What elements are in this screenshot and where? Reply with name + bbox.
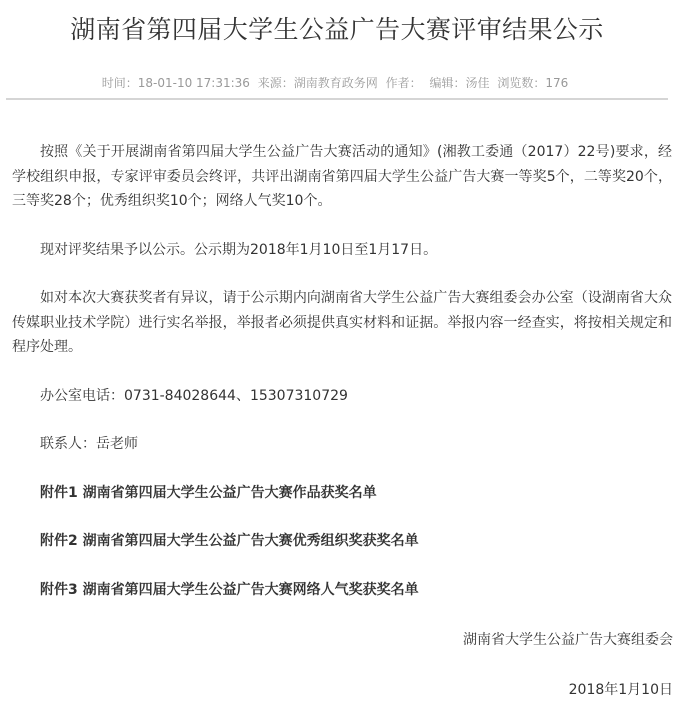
- article-body: 按照《关于开展湖南省第四届大学生公益广告大赛活动的通知》(湘教工委通（2017）…: [12, 140, 672, 626]
- paragraph-contact-person: 联系人：岳老师: [12, 432, 672, 457]
- meta-author: 作者：: [386, 76, 422, 90]
- meta-views: 浏览数：176: [497, 76, 568, 90]
- meta-source-label: 来源：: [258, 76, 294, 90]
- meta-views-value: 176: [545, 76, 568, 90]
- article-meta: 时间：18-01-10 17:31:36 来源：湖南教育政务网 作者： 编辑：汤…: [0, 75, 674, 91]
- attachment-2-title: 湖南省第四届大学生公益广告大赛优秀组织奖获奖名单: [83, 533, 419, 549]
- attachment-2-label: 附件2: [40, 533, 78, 549]
- attachment-2[interactable]: 附件2 湖南省第四届大学生公益广告大赛优秀组织奖获奖名单: [12, 529, 672, 554]
- meta-views-label: 浏览数：: [497, 76, 545, 90]
- paragraph-publicity-period: 现对评奖结果予以公示。公示期为2018年1月10日至1月17日。: [12, 238, 672, 263]
- article-title: 湖南省第四届大学生公益广告大赛评审结果公示: [0, 13, 674, 47]
- attachment-1[interactable]: 附件1 湖南省第四届大学生公益广告大赛作品获奖名单: [12, 481, 672, 506]
- meta-author-label: 作者：: [386, 76, 422, 90]
- meta-source: 来源：湖南教育政务网: [258, 76, 378, 90]
- meta-time: 时间：18-01-10 17:31:36: [102, 76, 250, 90]
- meta-editor-value: 汤佳: [465, 76, 489, 90]
- attachment-1-label: 附件1: [40, 485, 78, 501]
- signature-date: 2018年1月10日: [569, 678, 673, 702]
- paragraph-notice-basis: 按照《关于开展湖南省第四届大学生公益广告大赛活动的通知》(湘教工委通（2017）…: [12, 140, 672, 214]
- meta-source-value: 湖南教育政务网: [294, 76, 378, 90]
- attachment-3[interactable]: 附件3 湖南省第四届大学生公益广告大赛网络人气奖获奖名单: [12, 578, 672, 603]
- meta-time-label: 时间：: [102, 76, 138, 90]
- meta-editor-label: 编辑：: [429, 76, 465, 90]
- meta-time-value: 18-01-10 17:31:36: [138, 76, 250, 90]
- paragraph-office-phone: 办公室电话：0731-84028644、15307310729: [12, 384, 672, 409]
- title-divider: [6, 98, 668, 100]
- meta-editor: 编辑：汤佳: [429, 76, 489, 90]
- article: 湖南省第四届大学生公益广告大赛评审结果公示 时间：18-01-10 17:31:…: [0, 0, 695, 719]
- attachment-3-title: 湖南省第四届大学生公益广告大赛网络人气奖获奖名单: [83, 582, 419, 598]
- attachment-3-label: 附件3: [40, 582, 78, 598]
- attachment-1-title: 湖南省第四届大学生公益广告大赛作品获奖名单: [83, 485, 377, 501]
- paragraph-objection-procedure: 如对本次大赛获奖者有异议，请于公示期内向湖南省大学生公益广告大赛组委会办公室（设…: [12, 286, 672, 360]
- signature-organizer: 湖南省大学生公益广告大赛组委会: [463, 628, 673, 652]
